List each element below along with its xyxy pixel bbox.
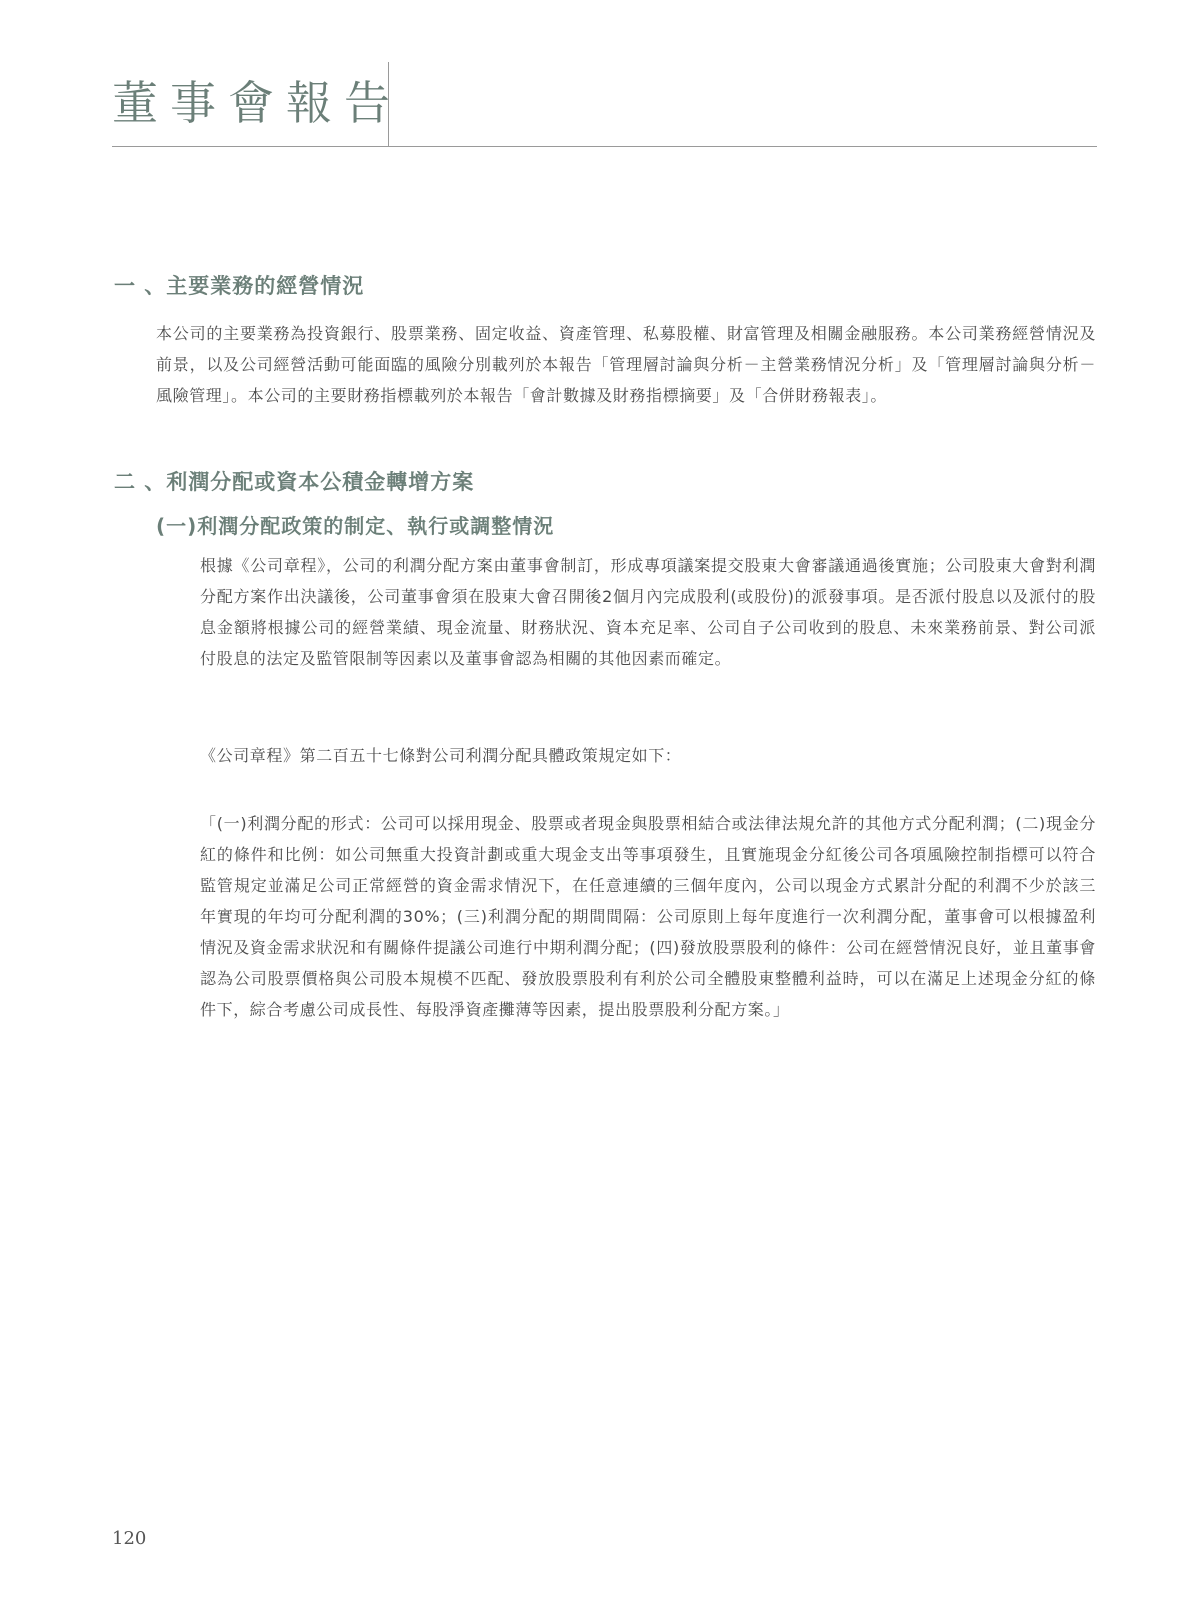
page-number: 120 (112, 1528, 146, 1549)
page-header: 董事會報告 (112, 62, 1097, 147)
page-title: 董事會報告 (112, 80, 402, 126)
paragraph-main-business: 本公司的主要業務為投資銀行、股票業務、固定收益、資產管理、私募股權、財富管理及相… (156, 318, 1096, 411)
paragraph-article-257-intro: 《公司章程》第二百五十七條對公司利潤分配具體政策規定如下： (200, 740, 1096, 771)
paragraph-article-257-quote: 「(一)利潤分配的形式：公司可以採用現金、股票或者現金與股票相結合或法律法規允許… (200, 808, 1096, 1025)
subsection-heading-distribution-policy: (一)利潤分配政策的制定、執行或調整情況 (156, 510, 554, 539)
header-vertical-divider (388, 62, 389, 146)
section-heading-profit-distribution: 二 、利潤分配或資本公積金轉增方案 (114, 466, 474, 496)
paragraph-articles-of-association: 根據《公司章程》，公司的利潤分配方案由董事會制訂，形成專項議案提交股東大會審議通… (200, 550, 1096, 674)
section-heading-main-business: 一 、主要業務的經營情況 (114, 270, 364, 300)
